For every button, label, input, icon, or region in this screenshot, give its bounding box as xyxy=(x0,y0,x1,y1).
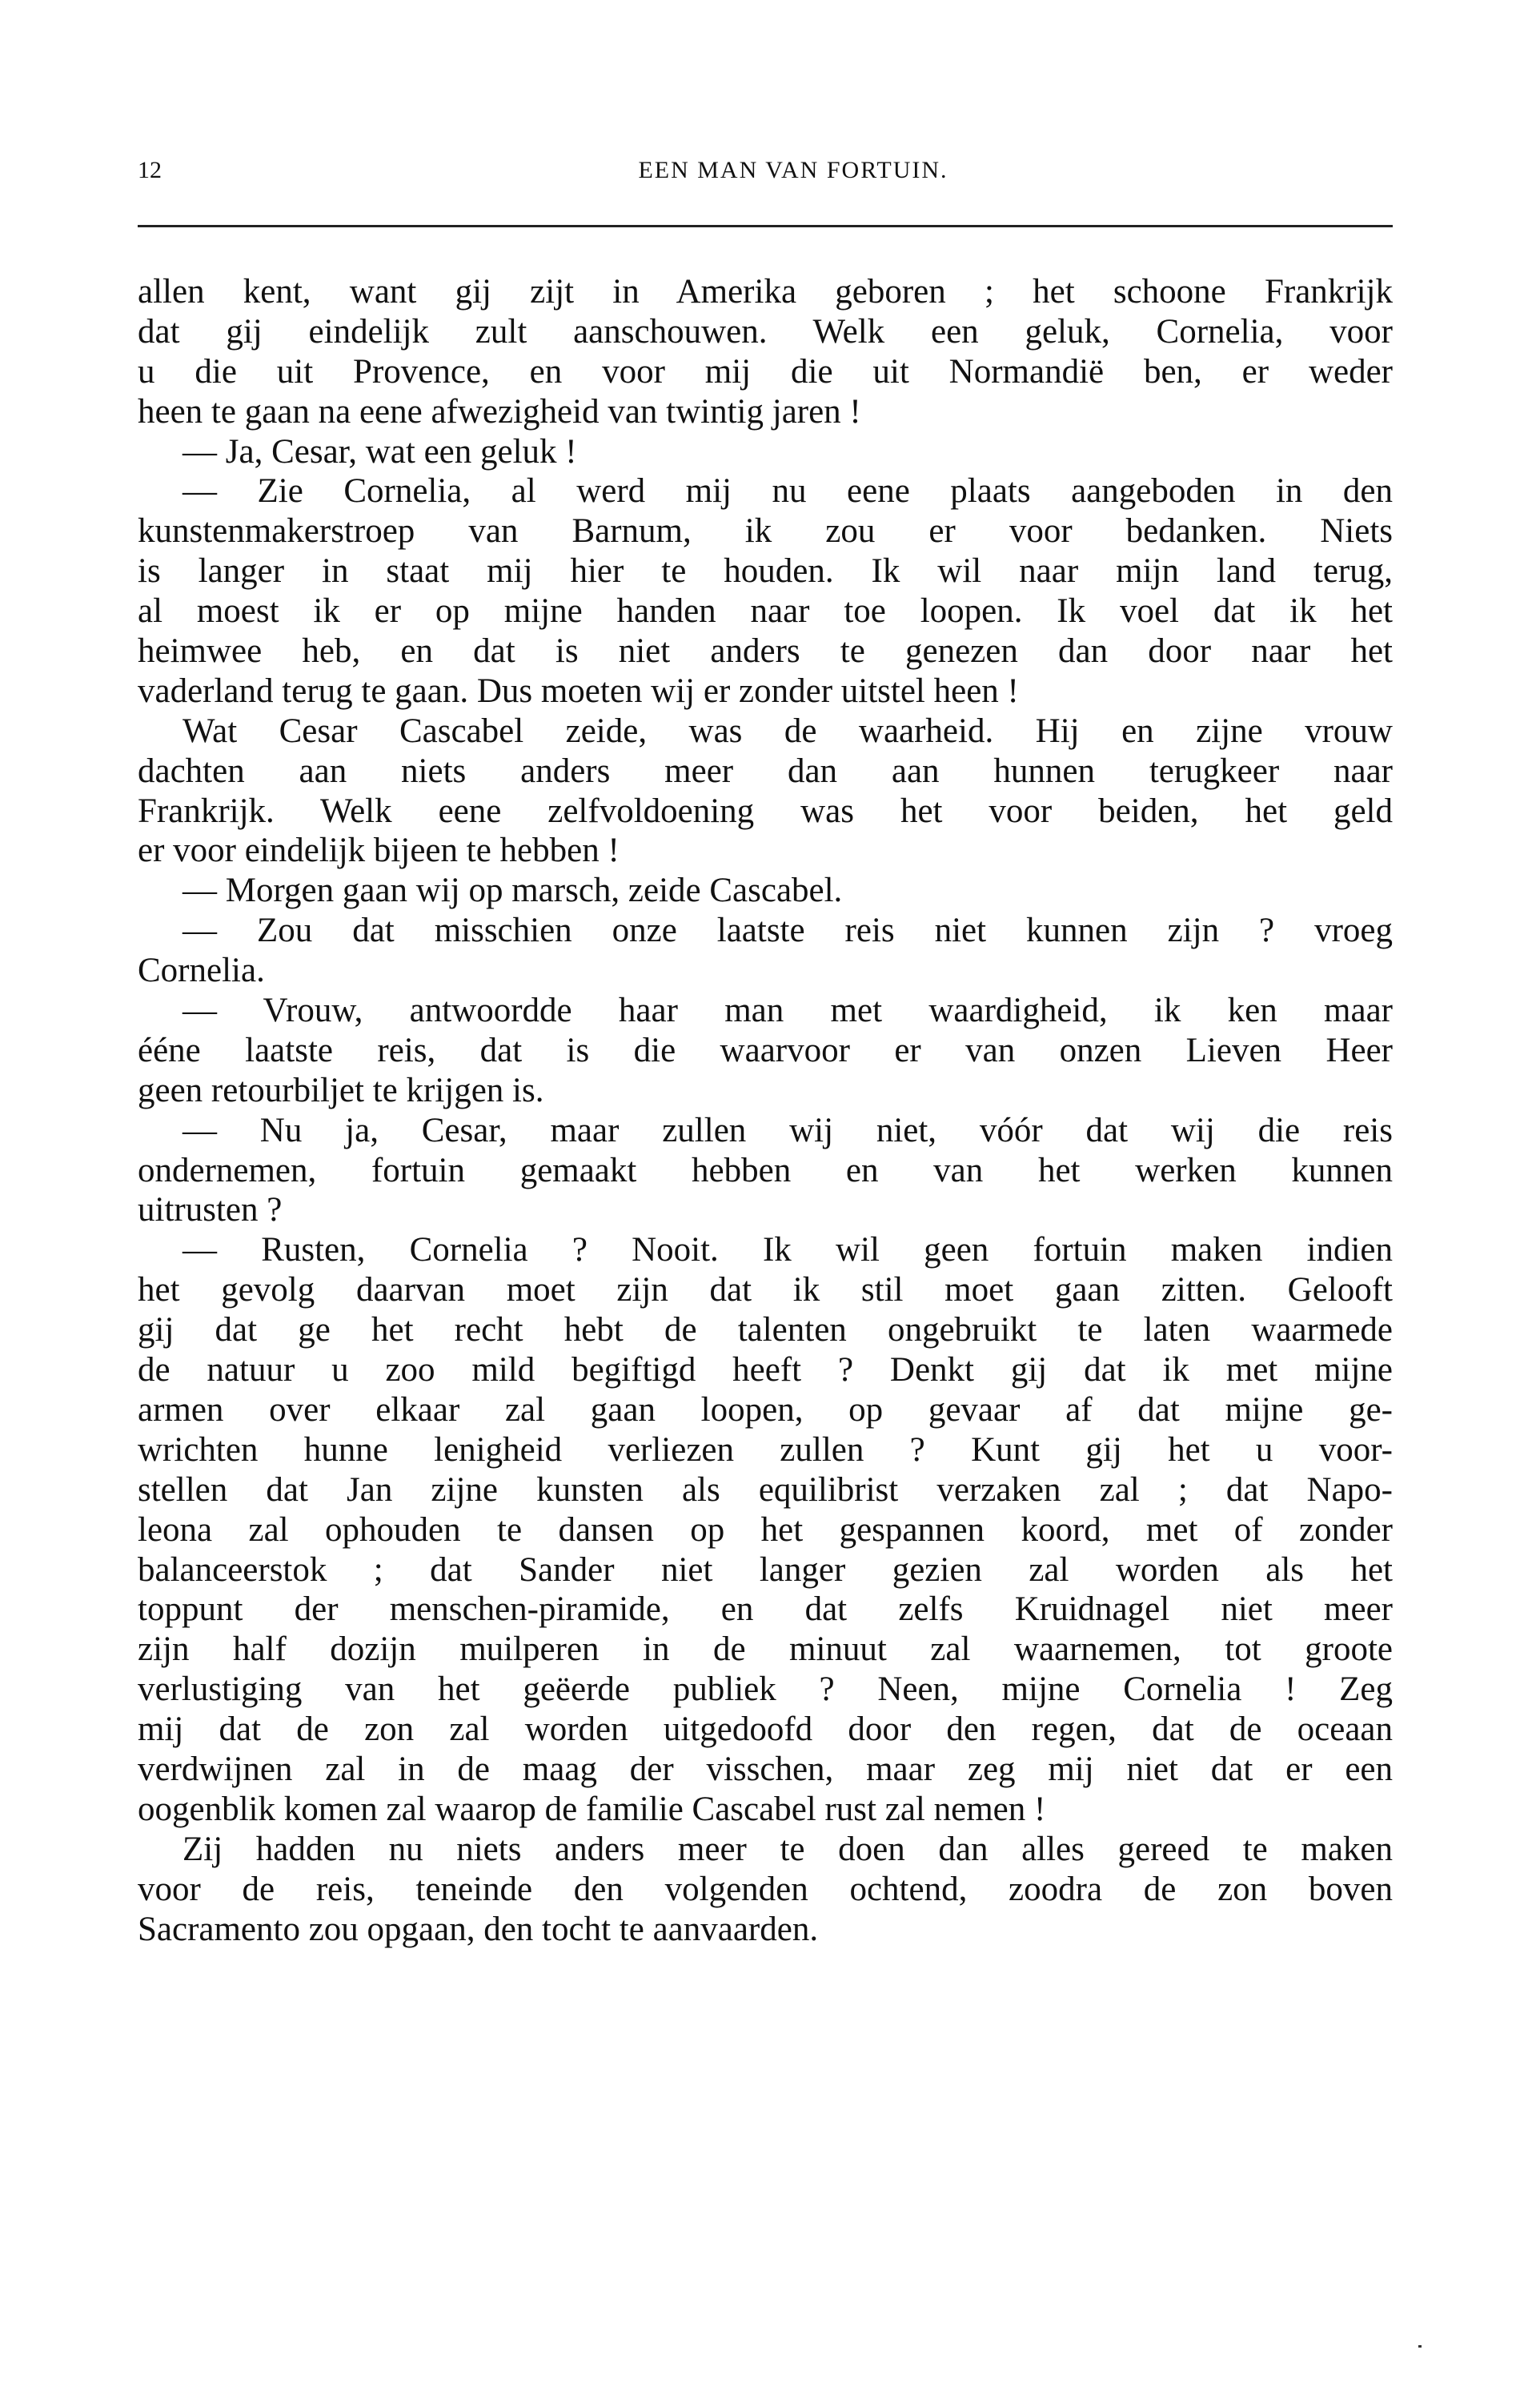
text-line: kunstenmakerstroep van Barnum, ik zou er… xyxy=(138,511,1393,551)
text-line: voor de reis, teneinde den volgenden och… xyxy=(138,1870,1393,1910)
text-line: de natuur u zoo mild begiftigd heeft ? D… xyxy=(138,1350,1393,1390)
text-line: — Zie Cornelia, al werd mij nu eene plaa… xyxy=(138,471,1393,511)
text-line: is langer in staat mij hier te houden. I… xyxy=(138,551,1393,591)
text-line: verdwijnen zal in de maag der visschen, … xyxy=(138,1750,1393,1790)
book-page: 12 EEN MAN VAN FORTUIN. allen kent, want… xyxy=(0,0,1540,2390)
text-line: u die uit Provence, en voor mij die uit … xyxy=(138,352,1393,392)
text-line: stellen dat Jan zijne kunsten als equili… xyxy=(138,1470,1393,1510)
text-line: ondernemen, fortuin gemaakt hebben en va… xyxy=(138,1151,1393,1191)
text-line: balanceerstok ; dat Sander niet langer g… xyxy=(138,1550,1393,1590)
text-line: Frankrijk. Welk eene zelfvoldoening was … xyxy=(138,792,1393,832)
text-line: heimwee heb, en dat is niet anders te ge… xyxy=(138,632,1393,672)
body-text: allen kent, want gij zijt in Amerika geb… xyxy=(138,272,1393,1949)
text-line: — Vrouw, antwoordde haar man met waardig… xyxy=(138,991,1393,1031)
text-line: — Zou dat misschien onze laatste reis ni… xyxy=(138,911,1393,951)
text-line: Cornelia. xyxy=(138,951,1393,991)
text-line: geen retourbiljet te krijgen is. xyxy=(138,1071,1393,1111)
text-line: — Ja, Cesar, wat een geluk ! xyxy=(138,432,1393,472)
text-line: ééne laatste reis, dat is die waarvoor e… xyxy=(138,1031,1393,1071)
text-line: leona zal ophouden te dansen op het gesp… xyxy=(138,1510,1393,1550)
text-line: — Nu ja, Cesar, maar zullen wij niet, vó… xyxy=(138,1111,1393,1151)
text-line: verlustiging van het geëerde publiek ? N… xyxy=(138,1670,1393,1710)
text-line: dat gij eindelijk zult aanschouwen. Welk… xyxy=(138,312,1393,352)
scan-speck xyxy=(1418,2345,1422,2348)
text-line: armen over elkaar zal gaan loopen, op ge… xyxy=(138,1390,1393,1430)
text-line: het gevolg daarvan moet zijn dat ik stil… xyxy=(138,1270,1393,1310)
text-line: wrichten hunne lenigheid verliezen zulle… xyxy=(138,1430,1393,1470)
text-line: toppunt der menschen-piramide, en dat ze… xyxy=(138,1590,1393,1630)
text-line: uitrusten ? xyxy=(138,1190,1393,1230)
text-line: — Morgen gaan wij op marsch, zeide Casca… xyxy=(138,871,1393,911)
text-line: mij dat de zon zal worden uitgedoofd doo… xyxy=(138,1710,1393,1750)
text-line: al moest ik er op mijne handen naar toe … xyxy=(138,591,1393,632)
text-line: vaderland terug te gaan. Dus moeten wij … xyxy=(138,672,1393,712)
text-line: heen te gaan na eene afwezigheid van twi… xyxy=(138,392,1393,432)
text-line: Wat Cesar Cascabel zeide, was de waarhei… xyxy=(138,712,1393,752)
running-head: 12 EEN MAN VAN FORTUIN. xyxy=(138,157,1393,192)
text-line: gij dat ge het recht hebt de talenten on… xyxy=(138,1310,1393,1350)
text-line: Zij hadden nu niets anders meer te doen … xyxy=(138,1830,1393,1870)
text-line: oogenblik komen zal waarop de familie Ca… xyxy=(138,1790,1393,1830)
text-line: allen kent, want gij zijt in Amerika geb… xyxy=(138,272,1393,312)
text-line: dachten aan niets anders meer dan aan hu… xyxy=(138,752,1393,792)
running-title: EEN MAN VAN FORTUIN. xyxy=(138,157,1393,184)
text-line: — Rusten, Cornelia ? Nooit. Ik wil geen … xyxy=(138,1230,1393,1270)
text-line: Sacramento zou opgaan, den tocht te aanv… xyxy=(138,1910,1393,1950)
text-line: zijn half dozijn muilperen in de minuut … xyxy=(138,1630,1393,1670)
text-line: er voor eindelijk bijeen te hebben ! xyxy=(138,831,1393,871)
header-rule xyxy=(138,225,1393,227)
